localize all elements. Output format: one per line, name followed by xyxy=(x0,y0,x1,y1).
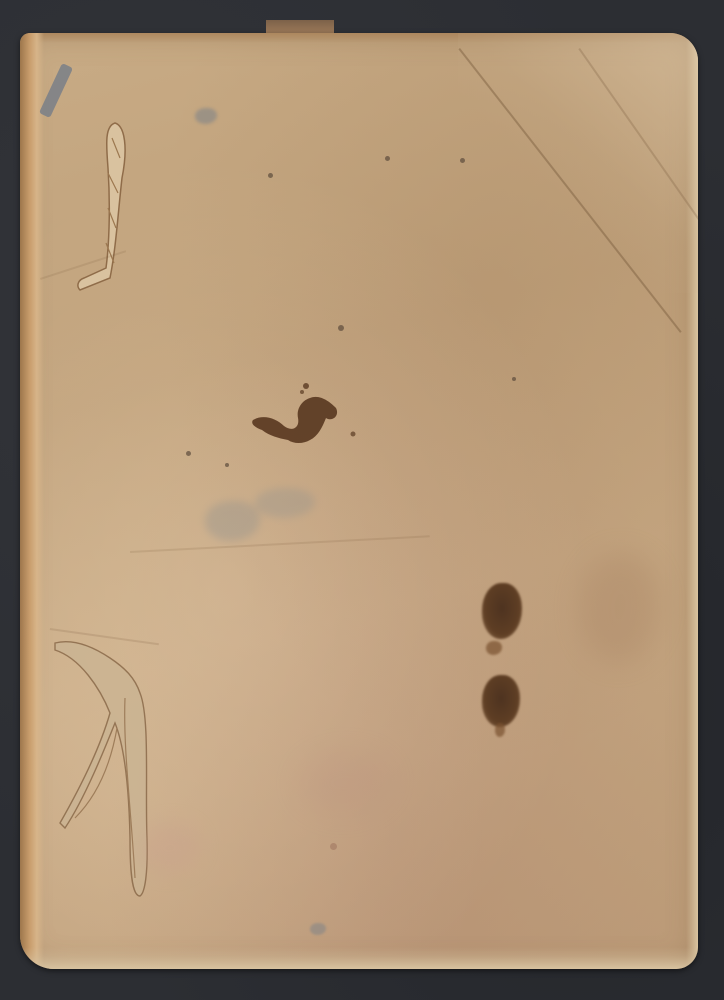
dark-blot-upper-drip xyxy=(486,641,502,655)
book-cover xyxy=(20,33,698,969)
dark-blot-lower xyxy=(482,675,520,727)
bottom-binding-tie-icon xyxy=(55,638,155,908)
warm-discoloration xyxy=(580,553,660,663)
speck xyxy=(225,463,229,467)
folded-corner-area xyxy=(458,33,698,293)
worn-spine-strip xyxy=(39,63,73,118)
speck xyxy=(385,156,390,161)
speck xyxy=(330,843,337,850)
surface-crack xyxy=(130,535,430,552)
bottom-edge xyxy=(20,947,698,969)
speck xyxy=(268,173,273,178)
spine-edge xyxy=(20,33,44,969)
gray-patch-bottom xyxy=(310,923,326,935)
photo-stage xyxy=(0,0,724,1000)
gray-patch-2 xyxy=(255,488,315,518)
central-stain-icon xyxy=(248,378,348,453)
dark-blot-lower-drip xyxy=(495,723,505,737)
speck xyxy=(186,451,191,456)
gray-patch-3 xyxy=(195,108,217,124)
dark-blot-upper xyxy=(482,583,522,639)
speck xyxy=(460,158,465,163)
speck xyxy=(338,325,344,331)
pink-discoloration xyxy=(140,823,200,873)
pink-discoloration-2 xyxy=(300,753,390,813)
speck xyxy=(512,377,516,381)
top-binding-tie-icon xyxy=(70,118,140,298)
gray-patch xyxy=(205,501,260,541)
